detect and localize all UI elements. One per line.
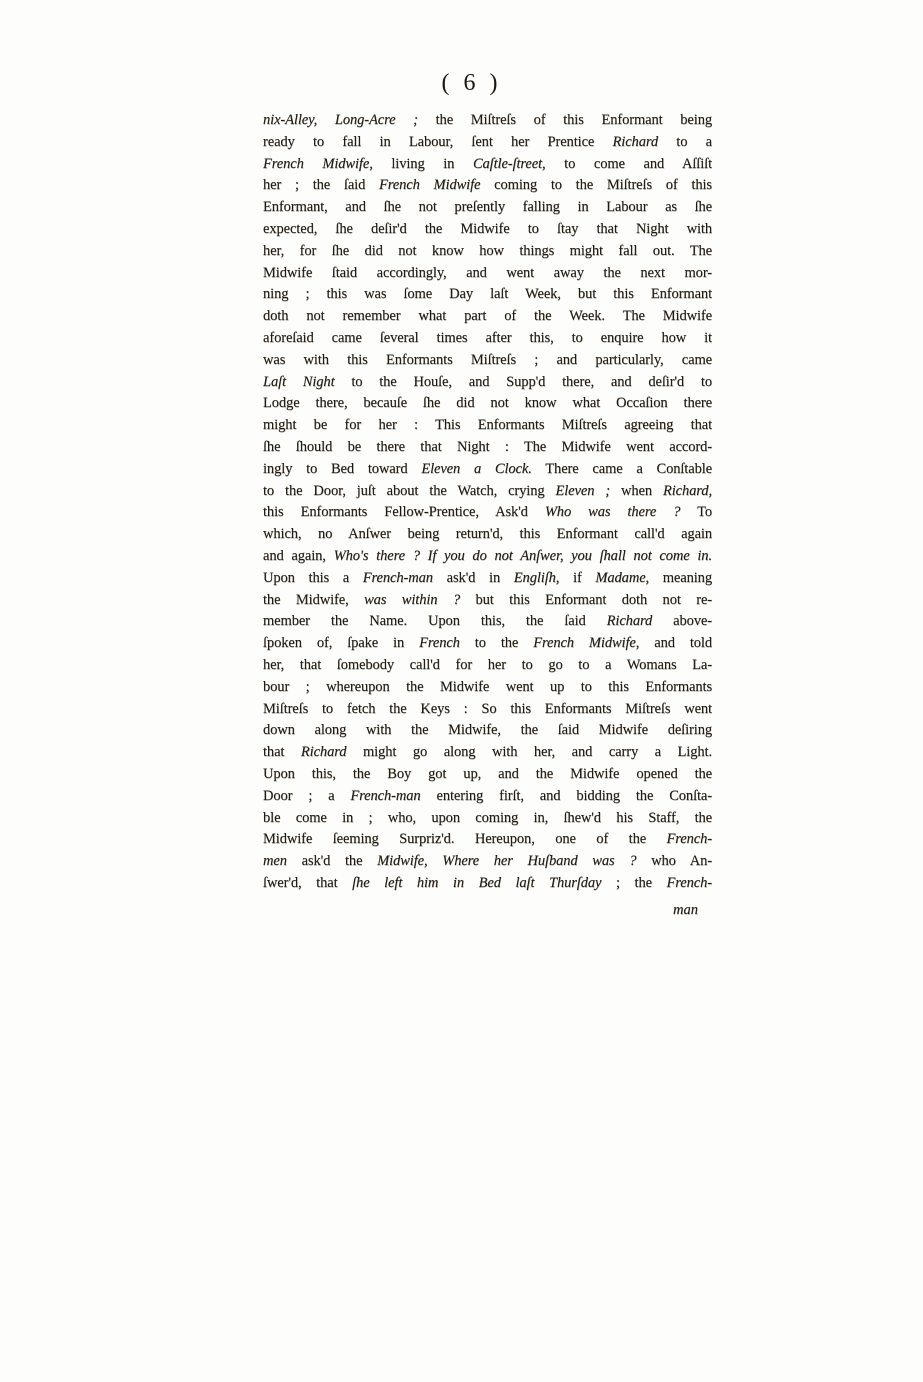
text-segment: ; the <box>601 875 666 891</box>
text-line: ble come in ; who, upon coming in, ſhew'… <box>263 808 712 830</box>
text-segment: To <box>680 504 712 520</box>
text-segment: down along with the Midwife, the ſaid Mi… <box>263 722 712 738</box>
text-segment: ask'd in <box>433 570 514 586</box>
text-line: down along with the Midwife, the ſaid Mi… <box>263 720 712 742</box>
text-segment: but this Enformant doth not re- <box>460 592 712 608</box>
text-line: member the Name. Upon this, the ſaid Ric… <box>263 611 712 633</box>
text-line: men ask'd the Midwife, Where her Huſband… <box>263 851 712 873</box>
text-segment: men <box>263 853 287 869</box>
text-segment: Caſtle-ſtreet, <box>473 156 546 172</box>
text-segment: , meaning <box>646 570 712 586</box>
text-segment: Door ; a <box>263 788 350 804</box>
text-segment: French <box>419 635 460 651</box>
text-segment: There came a Conſtable <box>532 461 712 477</box>
text-segment: when <box>610 483 663 499</box>
text-line: Upon this, the Boy got up, and the Midwi… <box>263 764 712 786</box>
text-line: Midwife ſeeming Surpriz'd. Hereupon, one… <box>263 829 712 851</box>
text-line: ning ; this was ſome Day laſt Week, but … <box>263 284 712 306</box>
text-line: that Richard might go along with her, an… <box>263 742 712 764</box>
text-segment: French Midwife, <box>263 156 373 172</box>
text-line: her, for ſhe did not know how things mig… <box>263 241 712 263</box>
text-line: ſhe ſhould be there that Night : The Mid… <box>263 437 712 459</box>
text-line: this Enformants Fellow-Prentice, Ask'd W… <box>263 502 712 524</box>
text-line: doth not remember what part of the Week.… <box>263 306 712 328</box>
text-segment: ſwer'd, that <box>263 875 352 891</box>
text-segment: Richard, <box>663 483 712 499</box>
text-segment: her ; the ſaid <box>263 177 379 193</box>
text-segment: to the Door, juſt about the Watch, cryin… <box>263 483 556 499</box>
text-line: to the Door, juſt about the Watch, cryin… <box>263 481 712 503</box>
text-line: Enformant, and ſhe not preſently falling… <box>263 197 712 219</box>
text-segment: , and told <box>636 635 712 651</box>
text-segment: was with this Enformants Miſtreſs ; and … <box>263 352 712 368</box>
text-line: expected, ſhe deſir'd the Midwife to ſta… <box>263 219 712 241</box>
text-segment: Madame <box>595 570 645 586</box>
text-line: and again, Who's there ? If you do not A… <box>263 546 712 568</box>
text-segment: French-man <box>363 570 433 586</box>
text-segment: to the <box>460 635 533 651</box>
text-segment: entering firſt, and bidding the Conſta- <box>421 788 712 804</box>
text-segment: Midwife ſtaid accordingly, and went away… <box>263 265 712 281</box>
text-segment: French-man <box>350 788 420 804</box>
text-segment: ning ; this was ſome Day laſt Week, but … <box>263 286 712 302</box>
text-line: French Midwife, living in Caſtle-ſtreet,… <box>263 154 712 176</box>
text-segment: Richard <box>301 744 346 760</box>
text-line: Lodge there, becauſe ſhe did not know wh… <box>263 393 712 415</box>
text-line: ſpoken of, ſpake in French to the French… <box>263 633 712 655</box>
text-segment: Engliſh, <box>514 570 560 586</box>
text-line: Door ; a French-man entering firſt, and … <box>263 786 712 808</box>
text-segment: and again, <box>263 548 334 564</box>
text-segment: ſpoken of, ſpake in <box>263 635 419 651</box>
text-line: Miſtreſs to fetch the Keys : So this Enf… <box>263 699 712 721</box>
text-segment: to a <box>658 134 712 150</box>
text-line: nix-Alley, Long-Acre ; the Miſtreſs of t… <box>263 110 712 132</box>
text-segment: member the Name. Upon this, the ſaid <box>263 613 607 629</box>
text-segment: bour ; whereupon the Midwife went up to … <box>263 679 712 695</box>
text-line: aforeſaid came ſeveral times after this,… <box>263 328 712 350</box>
text-line: her ; the ſaid French Midwife coming to … <box>263 175 712 197</box>
text-segment: might go along with her, and carry a Lig… <box>346 744 712 760</box>
text-segment: the Miſtreſs of this Enformant being <box>418 112 712 128</box>
text-line: the Midwife, was within ? but this Enfor… <box>263 590 712 612</box>
text-segment: Miſtreſs to fetch the Keys : So this Enf… <box>263 701 712 717</box>
text-segment: the Midwife, <box>263 592 364 608</box>
text-segment: to the Houſe, and Supp'd there, and deſi… <box>335 374 712 390</box>
text-segment: above- <box>652 613 712 629</box>
text-segment: if <box>559 570 595 586</box>
text-segment: nix-Alley, Long-Acre ; <box>263 112 418 128</box>
text-line: ſwer'd, that ſhe left him in Bed laſt Th… <box>263 873 712 895</box>
text-segment: to come and Aſſiſt <box>546 156 712 172</box>
text-segment: ingly to Bed toward <box>263 461 421 477</box>
text-segment: French- <box>667 875 712 891</box>
text-segment: which, no Anſwer being return'd, this En… <box>263 526 712 542</box>
text-segment: that <box>263 744 301 760</box>
text-segment: living in <box>373 156 473 172</box>
text-segment: this Enformants Fellow-Prentice, Ask'd <box>263 504 545 520</box>
text-line: bour ; whereupon the Midwife went up to … <box>263 677 712 699</box>
text-segment: doth not remember what part of the Week.… <box>263 308 712 324</box>
text-segment: her, for ſhe did not know how things mig… <box>263 243 712 259</box>
text-line: Laſt Night to the Houſe, and Supp'd ther… <box>263 372 712 394</box>
text-line: her, that ſomebody call'd for her to go … <box>263 655 712 677</box>
text-line: Upon this a French-man ask'd in Engliſh,… <box>263 568 712 590</box>
text-segment: ready to fall in Labour, ſent her Prenti… <box>263 134 613 150</box>
text-segment: was within ? <box>364 592 460 608</box>
text-segment: French- <box>667 831 712 847</box>
text-segment: who An- <box>636 853 712 869</box>
page-number: ( 6 ) <box>247 70 696 97</box>
text-segment: her, that ſomebody call'd for her to go … <box>263 657 712 673</box>
text-segment: ſhe ſhould be there that Night : The Mid… <box>263 439 712 455</box>
text-line: might be for her : This Enformants Miſtr… <box>263 415 712 437</box>
text-segment: ble come in ; who, upon coming in, ſhew'… <box>263 810 712 826</box>
text-segment: French Midwife <box>533 635 636 651</box>
text-line: ready to fall in Labour, ſent her Prenti… <box>263 132 712 154</box>
text-segment: coming to the Miſtreſs of this <box>480 177 712 193</box>
text-segment: Richard <box>613 134 658 150</box>
text-segment: aforeſaid came ſeveral times after this,… <box>263 330 712 346</box>
text-segment: ask'd the <box>287 853 377 869</box>
text-line: which, no Anſwer being return'd, this En… <box>263 524 712 546</box>
text-segment: Midwife ſeeming Surpriz'd. Hereupon, one… <box>263 831 667 847</box>
text-segment: might be for her : This Enformants Miſtr… <box>263 417 712 433</box>
text-segment: Who's there ? If you do not Anſwer, you … <box>334 548 712 564</box>
text-segment: Who was there ? <box>545 504 681 520</box>
text-segment: Eleven ; <box>556 483 611 499</box>
text-line: was with this Enformants Miſtreſs ; and … <box>263 350 712 372</box>
text-segment: Upon this a <box>263 570 363 586</box>
text-segment: Lodge there, becauſe ſhe did not know wh… <box>263 395 712 411</box>
text-segment: Enformant, and ſhe not preſently falling… <box>263 199 712 215</box>
text-segment: Richard <box>607 613 652 629</box>
text-line: ingly to Bed toward Eleven a Clock. Ther… <box>263 459 712 481</box>
text-segment: Midwife, Where her Huſband was ? <box>377 853 636 869</box>
text-segment: expected, ſhe deſir'd the Midwife to ſta… <box>263 221 712 237</box>
text-line: Midwife ſtaid accordingly, and went away… <box>263 263 712 285</box>
catchword: man <box>263 902 712 919</box>
text-segment: Eleven a Clock. <box>421 461 531 477</box>
body-text: nix-Alley, Long-Acre ; the Miſtreſs of t… <box>263 110 712 895</box>
text-segment: French Midwife <box>379 177 480 193</box>
text-segment: Laſt Night <box>263 374 335 390</box>
document-page: ( 6 ) nix-Alley, Long-Acre ; the Miſtreſ… <box>0 0 923 1382</box>
text-segment: Upon this, the Boy got up, and the Midwi… <box>263 766 712 782</box>
text-segment: ſhe left him in Bed laſt Thurſday <box>352 875 601 891</box>
